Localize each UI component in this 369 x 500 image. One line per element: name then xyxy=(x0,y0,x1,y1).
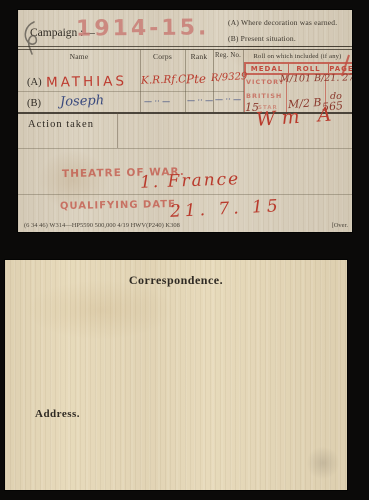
note-where-earned: (A) Where decoration was earned. xyxy=(228,18,350,27)
theatre-of-war-value: 1. France xyxy=(140,169,241,192)
row-b-label: (B) xyxy=(27,98,41,109)
correspondence-card: Correspondence. Address. xyxy=(5,260,347,490)
row-b-reg-ditto: — ·· — xyxy=(215,95,241,104)
row-b-rank-ditto: — ·· — xyxy=(187,96,213,105)
paper-texture xyxy=(5,260,347,490)
paper-stain xyxy=(25,280,175,340)
col-header-name: Name xyxy=(18,52,140,61)
medal-box-header: MEDAL xyxy=(246,64,289,73)
row-b-name: Joseph xyxy=(60,93,105,110)
row-b-medal-stamp: BRITISH xyxy=(246,92,282,100)
rule xyxy=(18,194,352,195)
roll-box-header: ROLL xyxy=(289,64,329,73)
rule xyxy=(18,148,352,149)
paper-stain xyxy=(305,445,341,481)
medal-card-scan: Campaign :— 1914-15. (A) Where decoratio… xyxy=(0,0,369,500)
address-label: Address. xyxy=(35,408,80,420)
row-a-name: MATHIAS xyxy=(46,73,127,90)
row-divider xyxy=(18,91,244,92)
over-note: [Over. xyxy=(332,222,348,229)
col-header-rank: Rank xyxy=(185,52,213,61)
qualifying-date-value: 21. 7. 15 xyxy=(170,196,283,222)
qualifying-date-stamp: QUALIFYING DATE. xyxy=(60,199,181,212)
row-a-label: (A) xyxy=(27,77,42,88)
row-a-roll-entry: M/101 B/21. 2709 xyxy=(280,72,352,85)
medal-index-card: Campaign :— 1914-15. (A) Where decoratio… xyxy=(18,10,352,232)
pencil-mark xyxy=(20,20,50,56)
row-a-reg-no: R/9329 xyxy=(211,71,248,84)
action-taken-divider xyxy=(117,112,118,148)
col-header-reg-no: Reg. No. xyxy=(213,52,243,59)
row-b-corps-ditto: — ·· — xyxy=(144,97,170,106)
row-a-corps: K.R.Rf.C xyxy=(141,73,187,87)
col-header-corps: Corps xyxy=(140,52,185,61)
row-a-medal-stamp: VICTORY xyxy=(246,78,285,86)
action-taken-label: Action taken xyxy=(28,119,94,130)
print-code: (6 34 46) W314—HP5590 500,000 4/19 HWV(P… xyxy=(24,222,180,229)
action-taken-value: Wm A xyxy=(255,103,338,131)
campaign-year-stamp: 1914-15. xyxy=(76,15,210,41)
row-a-rank: Pte xyxy=(186,72,206,87)
correspondence-title: Correspondence. xyxy=(5,273,347,288)
